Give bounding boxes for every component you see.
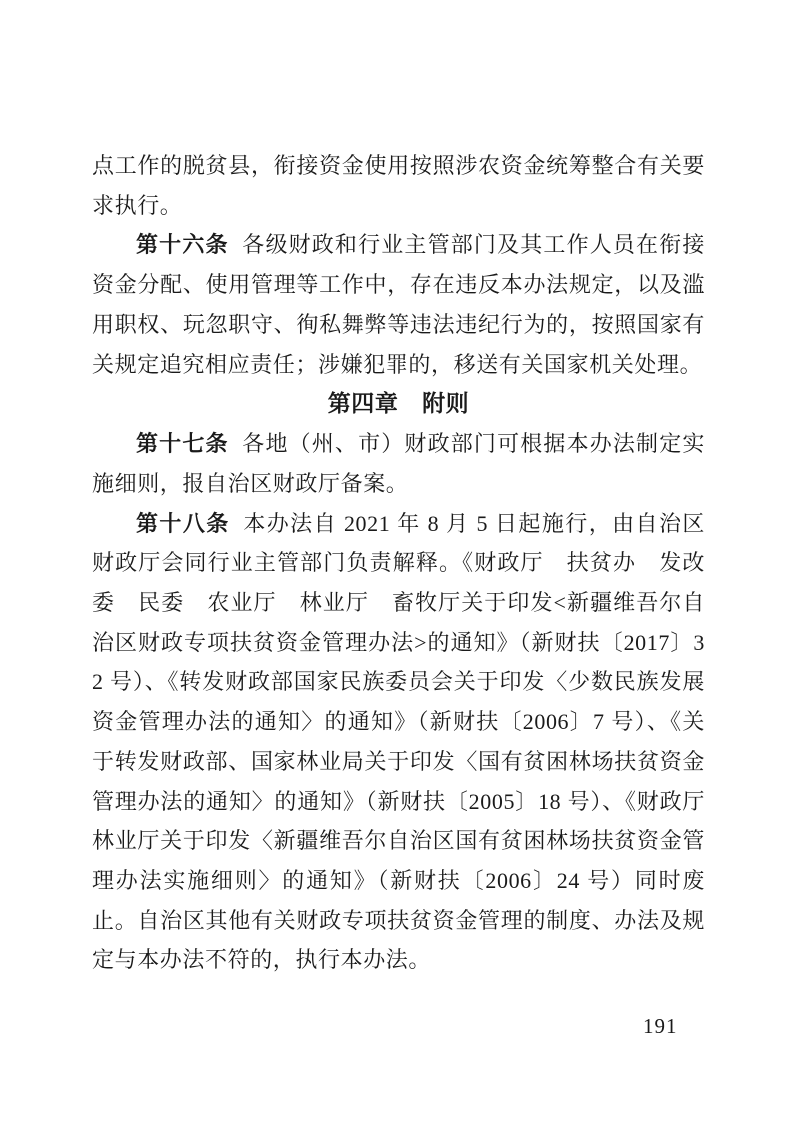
article-number: 第十八条 [136,511,230,536]
document-text-block: 点工作的脱贫县，衔接资金使用按照涉农资金统筹整合有关要求执行。第十六条各级财政和… [92,146,705,980]
paragraph: 第十六条各级财政和行业主管部门及其工作人员在衔接资金分配、使用管理等工作中，存在… [92,225,705,384]
article-number: 第十六条 [136,232,229,257]
paragraph: 第十八条本办法自 2021 年 8 月 5 日起施行，由自治区财政厅会同行业主管… [92,504,705,980]
document-page: 点工作的脱贫县，衔接资金使用按照涉农资金统筹整合有关要求执行。第十六条各级财政和… [0,0,793,1122]
article-number: 第十七条 [136,431,229,456]
paragraph: 点工作的脱贫县，衔接资金使用按照涉农资金统筹整合有关要求执行。 [92,146,705,225]
paragraph: 第十七条各地（州、市）财政部门可根据本办法制定实施细则，报自治区财政厅备案。 [92,424,705,503]
paragraph-text: 本办法自 2021 年 8 月 5 日起施行，由自治区财政厅会同行业主管部门负责… [92,511,728,973]
paragraph-text: 点工作的脱贫县，衔接资金使用按照涉农资金统筹整合有关要求执行。 [92,153,705,218]
page-number: 191 [643,1014,678,1039]
chapter-heading: 第四章 附则 [92,384,705,424]
